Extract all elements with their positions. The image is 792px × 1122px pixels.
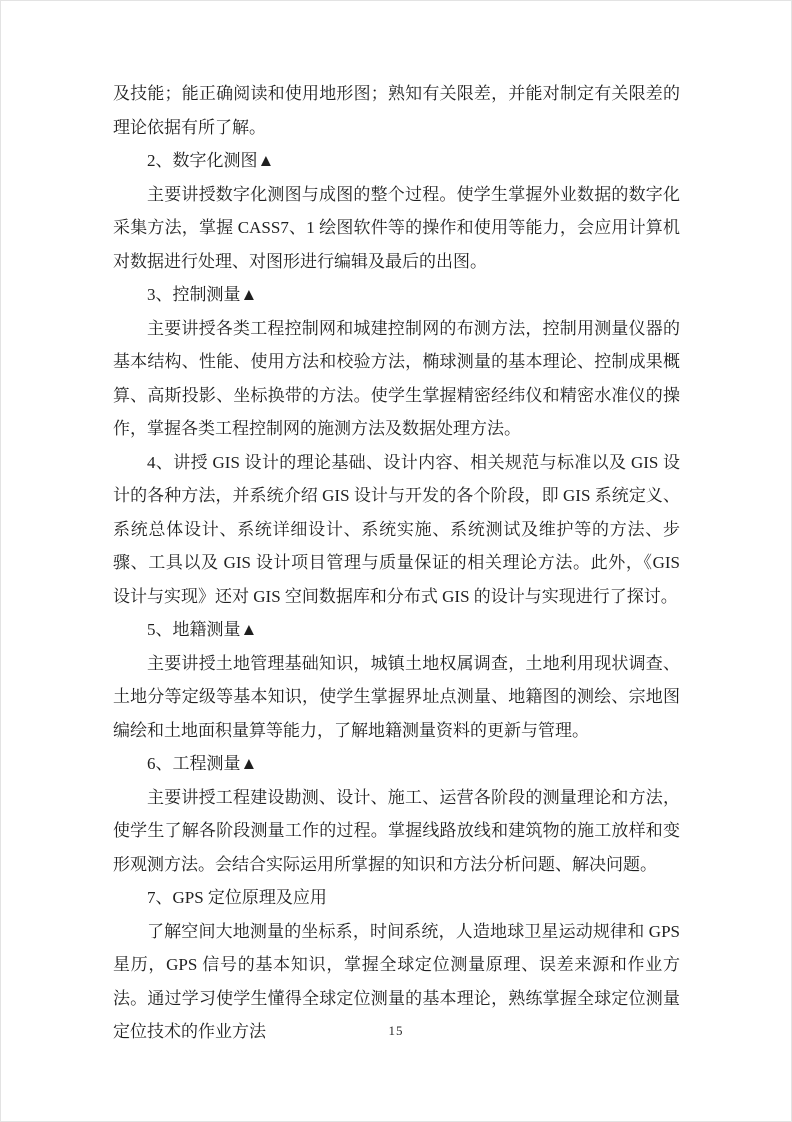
page-number: 15 — [1, 1023, 791, 1039]
section-heading: 5、地籍测量▲ — [113, 613, 680, 647]
body-paragraph: 主要讲授工程建设勘测、设计、施工、运营各阶段的测量理论和方法，使学生了解各阶段测… — [113, 781, 680, 882]
document-body: 及技能；能正确阅读和使用地形图；熟知有关限差，并能对制定有关限差的理论依据有所了… — [113, 77, 680, 1049]
section-heading: 7、GPS 定位原理及应用 — [113, 881, 680, 915]
body-paragraph: 主要讲授土地管理基础知识，城镇土地权属调查，土地利用现状调查、土地分等定级等基本… — [113, 647, 680, 748]
body-paragraph: 4、讲授 GIS 设计的理论基础、设计内容、相关规范与标准以及 GIS 设计的各… — [113, 446, 680, 614]
section-heading: 2、数字化测图▲ — [113, 144, 680, 178]
section-heading: 3、控制测量▲ — [113, 278, 680, 312]
body-paragraph: 及技能；能正确阅读和使用地形图；熟知有关限差，并能对制定有关限差的理论依据有所了… — [113, 77, 680, 144]
document-page: 及技能；能正确阅读和使用地形图；熟知有关限差，并能对制定有关限差的理论依据有所了… — [0, 0, 792, 1122]
body-paragraph: 主要讲授各类工程控制网和城建控制网的布测方法，控制用测量仪器的基本结构、性能、使… — [113, 312, 680, 446]
section-heading: 6、工程测量▲ — [113, 747, 680, 781]
body-paragraph: 主要讲授数字化测图与成图的整个过程。使学生掌握外业数据的数字化采集方法，掌握 C… — [113, 178, 680, 279]
